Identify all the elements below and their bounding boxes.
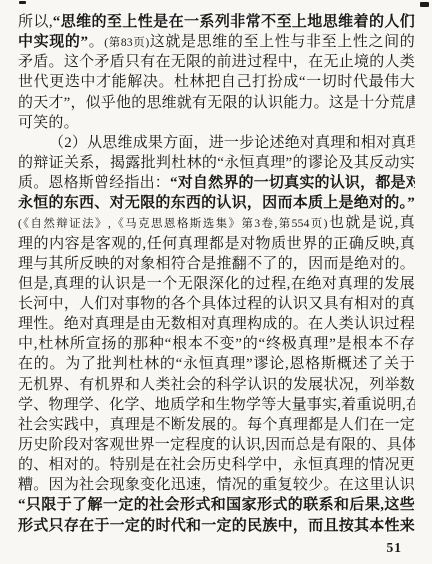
- text-segment: 学、物理学、化学、地质学和生物学等大量事实,着重说明,在: [18, 397, 415, 413]
- text-segment: 理与其所反映的对象相符合是推翻不了的，因而是绝对的。: [18, 256, 415, 272]
- page-text: 所以,“思维的至上性是在一系列非常不至上地思维着的人们中实现的”。(第83页)这…: [18, 12, 415, 536]
- text-line: 社会实践中，真理是不断发展的。每个真理都是人们在一定: [18, 415, 415, 435]
- text-segment: 这就是思维的至上性与非至上性之间的: [149, 34, 415, 50]
- text-segment: 所以,: [18, 14, 53, 30]
- text-segment: 无机界、有机界和人类社会的科学认识的发展状况，列举数: [18, 377, 415, 393]
- text-line: 质。恩格斯曾经指出：“对自然界的一切真实的认识，都是对: [18, 173, 415, 193]
- text-segment: 在的。为了批判杜林的“永恒真理”谬论,恩格斯概述了关于: [18, 356, 415, 372]
- text-segment: 也就是说,真: [328, 215, 415, 231]
- text-segment: （2）从思维成果方面，进一步论述绝对真理和相对真理: [49, 135, 415, 151]
- text-line: 理的内容是客观的,任何真理都是对物质世界的正确反映,真: [18, 234, 415, 254]
- text-line: “只限于了解一定的社会形式和国家形式的联系和后果,这些: [18, 495, 415, 515]
- text-line: (《自然辩证法》,《马克思恩格斯选集》第3卷,第554页)也就是说,真: [18, 213, 415, 233]
- text-line: （2）从思维成果方面，进一步论述绝对真理和相对真理: [18, 133, 415, 153]
- text-segment: 的辩证关系，揭露批判杜林的“永恒真理”的谬论及其反动实: [18, 155, 415, 171]
- text-segment: 可笑的。: [18, 115, 79, 131]
- text-segment: (《自然辩证法》,《马克思恩格斯选集》第3卷,第554页): [18, 218, 328, 230]
- book-page: 所以,“思维的至上性是在一系列非常不至上地思维着的人们中实现的”。(第83页)这…: [0, 0, 432, 564]
- text-segment: 。: [88, 34, 104, 50]
- text-line: 的、相对的。特别是在社会历史科学中，永恒真理的情况更: [18, 455, 415, 475]
- text-line: 的辩证关系，揭露批判杜林的“永恒真理”的谬论及其反动实: [18, 153, 415, 173]
- text-segment: 永恒的东西、对无限的东西的认识，因而本质上是绝对的。”: [18, 195, 415, 211]
- text-segment: 的天才”，似乎他的思维就有无限的认识能力。这是十分荒唐: [18, 95, 415, 111]
- text-segment: 历史阶段对客观世界一定程度的认识,因而总是有限的、具体: [18, 437, 415, 453]
- text-line: 但是,真理的认识是一个无限深化的过程,在绝对真理的发展: [18, 274, 415, 294]
- text-segment: 社会实践中，真理是不断发展的。每个真理都是人们在一定: [18, 417, 415, 433]
- text-line: 长河中，人们对事物的各个具体过程的认识又具有相对的真: [18, 294, 415, 314]
- page-number: 51: [387, 540, 403, 556]
- text-line: 的天才”，似乎他的思维就有无限的认识能力。这是十分荒唐: [18, 93, 415, 113]
- text-line: 无机界、有机界和人类社会的科学认识的发展状况，列举数: [18, 375, 415, 395]
- text-segment: 世代更迭中才能解决。杜林把自己打扮成“一切时代最伟大: [18, 74, 415, 90]
- text-line: 理性。绝对真理是由无数相对真理构成的。在人类认识过程: [18, 314, 415, 334]
- scan-artifact: [420, 2, 429, 7]
- text-segment: 但是,真理的认识是一个无限深化的过程,在绝对真理的发展: [18, 276, 415, 292]
- text-line: 可笑的。: [18, 113, 415, 133]
- text-line: 世代更迭中才能解决。杜林把自己打扮成“一切时代最伟大: [18, 72, 415, 92]
- text-line: 理与其所反映的对象相符合是推翻不了的，因而是绝对的。: [18, 254, 415, 274]
- text-segment: “对自然界的一切真实的认识，都是对: [170, 175, 415, 191]
- text-segment: 矛盾。这个矛盾只有在无限的前进过程中，在无止境的人类: [18, 54, 415, 70]
- text-segment: 长河中，人们对事物的各个具体过程的认识又具有相对的真: [18, 296, 415, 312]
- text-line: 中,杜林所宣扬的那种“根本不变”的“终极真理”是根本不存: [18, 334, 415, 354]
- text-line: 形式只存在于一定的时代和一定的民族中，而且按其本性来: [18, 516, 415, 536]
- text-segment: “思维的至上性是在一系列非常不至上地思维着的人们: [53, 14, 415, 30]
- text-line: 在的。为了批判杜林的“永恒真理”谬论,恩格斯概述了关于: [18, 354, 415, 374]
- text-line: 学、物理学、化学、地质学和生物学等大量事实,着重说明,在: [18, 395, 415, 415]
- text-line: 永恒的东西、对无限的东西的认识，因而本质上是绝对的。”: [18, 193, 415, 213]
- scan-artifact: [19, 1, 26, 4]
- text-segment: 形式只存在于一定的时代和一定的民族中，而且按其本性来: [18, 518, 415, 534]
- text-segment: 中,杜林所宣扬的那种“根本不变”的“终极真理”是根本不存: [18, 336, 415, 352]
- text-line: 历史阶段对客观世界一定程度的认识,因而总是有限的、具体: [18, 435, 415, 455]
- text-line: 矛盾。这个矛盾只有在无限的前进过程中，在无止境的人类: [18, 52, 415, 72]
- text-segment: 理的内容是客观的,任何真理都是对物质世界的正确反映,真: [18, 236, 415, 252]
- text-line: 所以,“思维的至上性是在一系列非常不至上地思维着的人们: [18, 12, 415, 32]
- text-line: 中实现的”。(第83页)这就是思维的至上性与非至上性之间的: [18, 32, 415, 52]
- text-segment: “只限于了解一定的社会形式和国家形式的联系和后果,这些: [18, 497, 415, 513]
- text-segment: 中实现的”: [18, 34, 88, 50]
- text-segment: 质。恩格斯曾经指出：: [18, 175, 170, 191]
- text-segment: (第83页): [104, 37, 149, 49]
- text-segment: 的、相对的。特别是在社会历史科学中，永恒真理的情况更: [18, 457, 415, 473]
- text-segment: 糟。因为社会现象变化迅速，情况的重复较少。在这里认识: [18, 477, 415, 493]
- text-line: 糟。因为社会现象变化迅速，情况的重复较少。在这里认识: [18, 475, 415, 495]
- text-segment: 理性。绝对真理是由无数相对真理构成的。在人类认识过程: [18, 316, 415, 332]
